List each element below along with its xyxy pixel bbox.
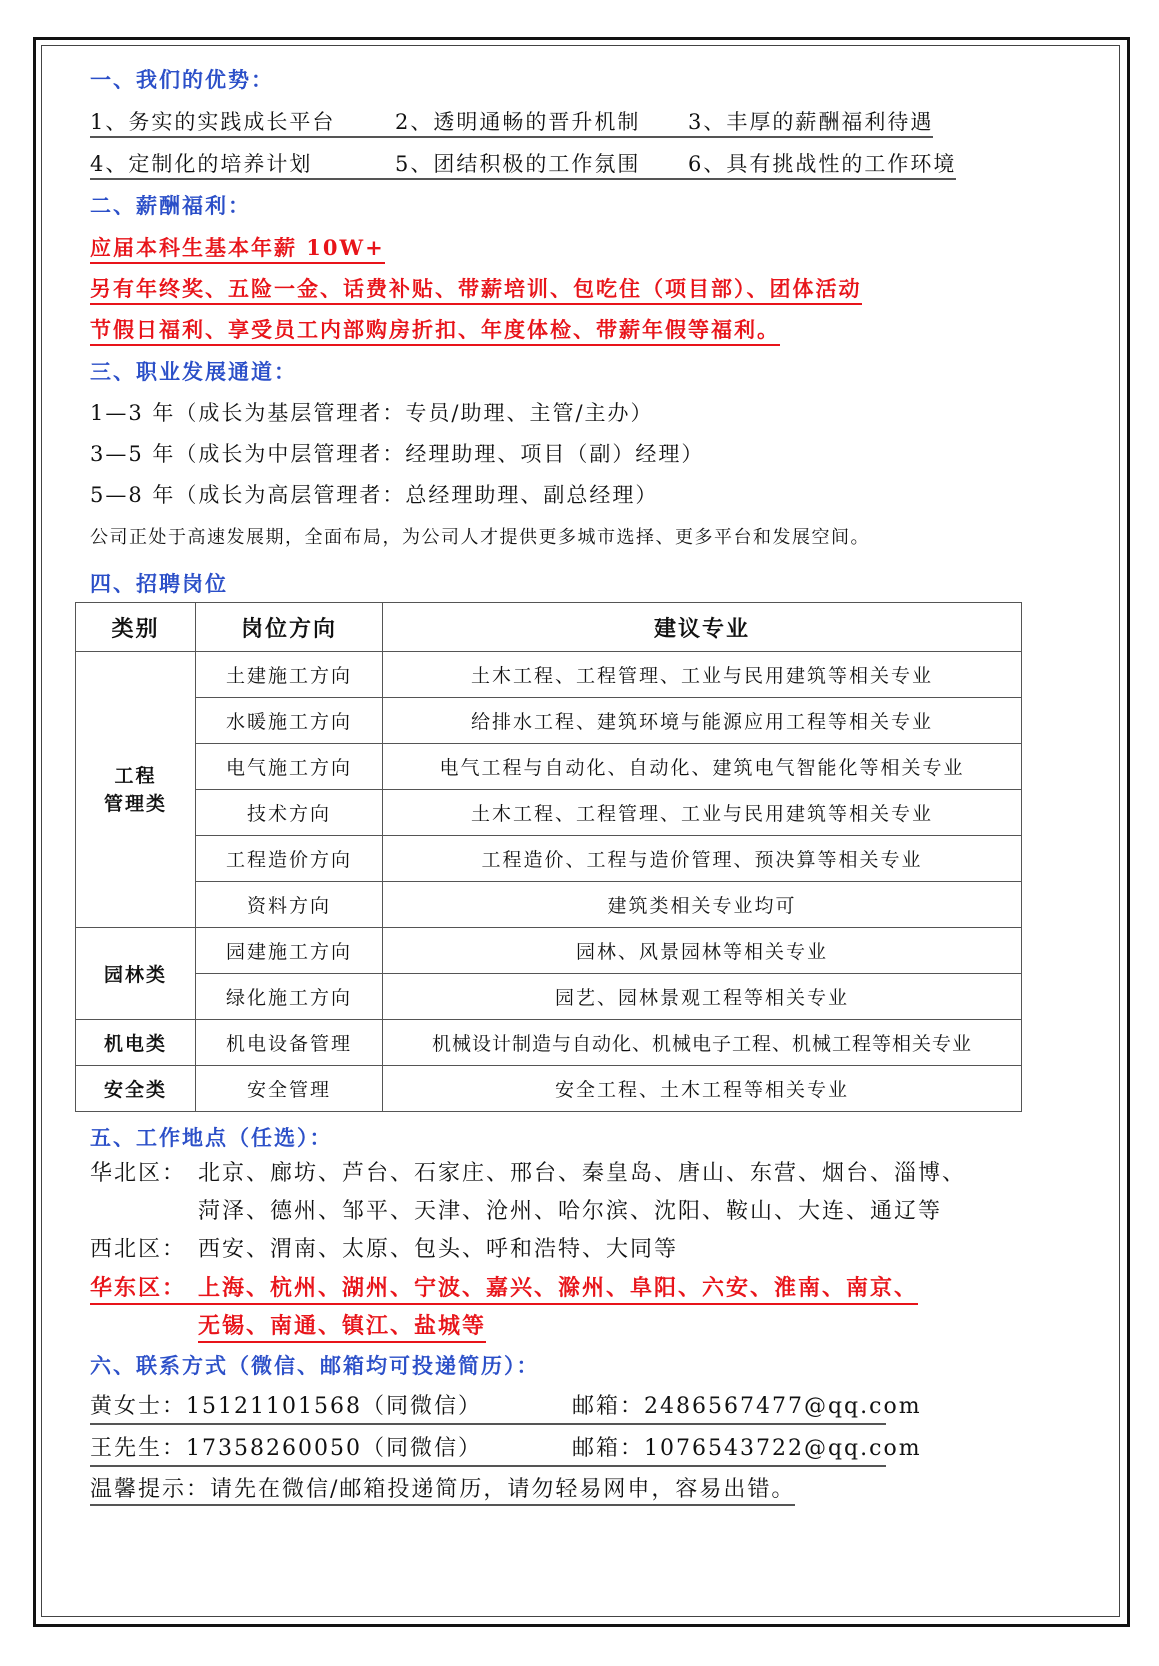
column-header-direction: 岗位方向 [196,603,383,652]
contact-email[interactable]: 1076543722@qq.com [644,1436,922,1461]
major-cell: 建筑类相关专业均可 [383,882,1022,928]
column-header-major: 建议专业 [383,603,1022,652]
positions-table: 类别 岗位方向 建议专业 工程 管理类 土建施工方向 土木工程、工程管理、工业与… [75,602,1022,1112]
advantages-row-1: 1、务实的实践成长平台2、透明通畅的晋升机制3、丰厚的薪酬福利待遇 [90,108,933,136]
locations-heading: 五、工作地点（任选）： [90,1124,333,1152]
salary-line-2: 另有年终奖、五险一金、话费补贴、带薪培训、包吃住（项目部）、团体活动 [90,275,862,303]
direction-cell: 土建施工方向 [196,652,383,698]
contact-heading: 六、联系方式（微信、邮箱均可投递简历）： [90,1352,540,1380]
table-row: 电气施工方向 电气工程与自动化、自动化、建筑电气智能化等相关专业 [76,744,1022,790]
contact-name: 黄女士： [90,1394,186,1419]
category-cell-safety: 安全类 [76,1066,196,1112]
category-line: 工程 [76,762,195,790]
advantages-row-2-underline: 4、定制化的培养计划5、团结积极的工作氛围6、具有挑战性的工作环境 [90,152,956,180]
advantage-item: 2、透明通畅的晋升机制 [395,108,688,136]
region-label: 华东区： [90,1274,198,1302]
category-line: 管理类 [76,790,195,818]
category-cell-engineering: 工程 管理类 [76,652,196,928]
region-east: 华东区：上海、杭州、湖州、宁波、嘉兴、滁州、阜阳、六安、淮南、南京、 [90,1274,918,1302]
career-step-2: 3—5 年（成长为中层管理者：经理助理、项目（副）经理） [90,440,704,468]
region-cities: 北京、廊坊、芦台、石家庄、邢台、秦皇岛、唐山、东营、烟台、淄博、 [198,1161,966,1186]
contact-row-2: 王先生：17358260050（同微信）邮箱：1076543722@qq.com [90,1435,886,1467]
column-header-category: 类别 [76,603,196,652]
career-step-1: 1—3 年（成长为基层管理者：专员/助理、主管/主办） [90,399,654,427]
career-step-3: 5—8 年（成长为高层管理者：总经理助理、副总经理） [90,481,658,509]
major-cell: 电气工程与自动化、自动化、建筑电气智能化等相关专业 [383,744,1022,790]
advantage-item: 1、务实的实践成长平台 [90,108,395,136]
contact-phone: 15121101568（同微信） [186,1394,482,1419]
advantage-item: 5、团结积极的工作氛围 [395,150,688,178]
table-row: 技术方向 土木工程、工程管理、工业与民用建筑等相关专业 [76,790,1022,836]
salary-line-3: 节假日福利、享受员工内部购房折扣、年度体检、带薪年假等福利。 [90,316,780,344]
table-header-row: 类别 岗位方向 建议专业 [76,603,1022,652]
salary-benefits-text: 另有年终奖、五险一金、话费补贴、带薪培训、包吃住（项目部）、团体活动 [90,276,862,305]
region-east-underline: 华东区：上海、杭州、湖州、宁波、嘉兴、滁州、阜阳、六安、淮南、南京、 [90,1275,918,1305]
positions-heading: 四、招聘岗位 [90,570,228,598]
direction-cell: 机电设备管理 [196,1020,383,1066]
region-northwest: 西北区：西安、渭南、太原、包头、呼和浩特、大同等 [90,1236,678,1264]
direction-cell: 工程造价方向 [196,836,383,882]
direction-cell: 水暖施工方向 [196,698,383,744]
major-cell: 园艺、园林景观工程等相关专业 [383,974,1022,1020]
direction-cell: 绿化施工方向 [196,974,383,1020]
table-row: 机电类 机电设备管理 机械设计制造与自动化、机械电子工程、机械工程等相关专业 [76,1020,1022,1066]
salary-heading: 二、薪酬福利： [90,192,251,220]
advantages-row-2: 4、定制化的培养计划5、团结积极的工作氛围6、具有挑战性的工作环境 [90,150,956,178]
direction-cell: 资料方向 [196,882,383,928]
advantages-row-1-underline: 1、务实的实践成长平台2、透明通畅的晋升机制3、丰厚的薪酬福利待遇 [90,110,933,138]
category-cell-landscape: 园林类 [76,928,196,1020]
advantage-item: 6、具有挑战性的工作环境 [688,150,956,178]
major-cell: 土木工程、工程管理、工业与民用建筑等相关专业 [383,790,1022,836]
contact-email[interactable]: 2486567477@qq.com [644,1394,922,1419]
direction-cell: 园建施工方向 [196,928,383,974]
contact-email-label: 邮箱： [572,1394,644,1419]
table-row: 工程 管理类 土建施工方向 土木工程、工程管理、工业与民用建筑等相关专业 [76,652,1022,698]
region-cities: 上海、杭州、湖州、宁波、嘉兴、滁州、阜阳、六安、淮南、南京、 [198,1275,918,1301]
salary-base-text: 应届本科生基本年薪 10W+ [90,235,385,264]
contact-tip-text: 温馨提示：请先在微信/邮箱投递简历，请勿轻易网申，容易出错。 [90,1477,795,1506]
region-label: 华北区： [90,1160,198,1188]
region-north: 华北区：北京、廊坊、芦台、石家庄、邢台、秦皇岛、唐山、东营、烟台、淄博、 [90,1160,966,1188]
contact-row-1-underline: 黄女士：15121101568（同微信）邮箱：2486567477@qq.com [90,1393,886,1425]
advantages-heading: 一、我们的优势： [90,66,274,94]
career-heading: 三、职业发展通道： [90,358,297,386]
major-cell: 园林、风景园林等相关专业 [383,928,1022,974]
table-row: 资料方向 建筑类相关专业均可 [76,882,1022,928]
advantage-item: 3、丰厚的薪酬福利待遇 [688,108,933,136]
major-cell: 工程造价、工程与造价管理、预决算等相关专业 [383,836,1022,882]
major-cell: 土木工程、工程管理、工业与民用建筑等相关专业 [383,652,1022,698]
career-note: 公司正处于高速发展期，全面布局，为公司人才提供更多城市选择、更多平台和发展空间。 [90,524,870,552]
region-cities: 西安、渭南、太原、包头、呼和浩特、大同等 [198,1237,678,1262]
contact-phone: 17358260050（同微信） [186,1436,482,1461]
major-cell: 机械设计制造与自动化、机械电子工程、机械工程等相关专业 [383,1020,1022,1066]
direction-cell: 安全管理 [196,1066,383,1112]
table-row: 安全类 安全管理 安全工程、土木工程等相关专业 [76,1066,1022,1112]
salary-benefits-text-2: 节假日福利、享受员工内部购房折扣、年度体检、带薪年假等福利。 [90,317,780,346]
table-row: 绿化施工方向 园艺、园林景观工程等相关专业 [76,974,1022,1020]
major-cell: 给排水工程、建筑环境与能源应用工程等相关专业 [383,698,1022,744]
direction-cell: 技术方向 [196,790,383,836]
region-east-cont: 无锡、南通、镇江、盐城等 [198,1312,486,1340]
contact-tip: 温馨提示：请先在微信/邮箱投递简历，请勿轻易网申，容易出错。 [90,1476,795,1504]
direction-cell: 电气施工方向 [196,744,383,790]
major-cell: 安全工程、土木工程等相关专业 [383,1066,1022,1112]
table-row: 工程造价方向 工程造价、工程与造价管理、预决算等相关专业 [76,836,1022,882]
contact-row-2-underline: 王先生：17358260050（同微信）邮箱：1076543722@qq.com [90,1435,886,1467]
contact-row-1: 黄女士：15121101568（同微信）邮箱：2486567477@qq.com [90,1393,886,1425]
contact-name: 王先生： [90,1436,186,1461]
region-north-cont: 菏泽、德州、邹平、天津、沧州、哈尔滨、沈阳、鞍山、大连、通辽等 [198,1198,942,1226]
table-row: 水暖施工方向 给排水工程、建筑环境与能源应用工程等相关专业 [76,698,1022,744]
advantage-item: 4、定制化的培养计划 [90,150,395,178]
region-label: 西北区： [90,1236,198,1264]
salary-line-1: 应届本科生基本年薪 10W+ [90,234,385,262]
region-east-cont-text: 无锡、南通、镇江、盐城等 [198,1313,486,1343]
contact-email-label: 邮箱： [572,1436,644,1461]
table-row: 园林类 园建施工方向 园林、风景园林等相关专业 [76,928,1022,974]
category-cell-electromechanical: 机电类 [76,1020,196,1066]
